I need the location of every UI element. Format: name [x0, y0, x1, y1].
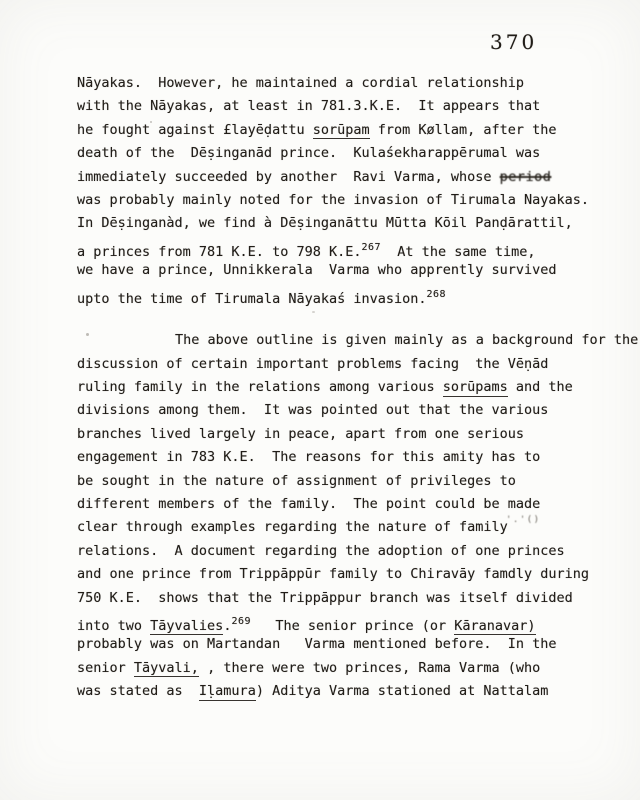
text-run: immediately succeeded by another Ravi Va…	[77, 169, 500, 185]
text-line: was probably mainly noted for the invasi…	[77, 189, 617, 212]
text-line: with the Nāyakas, at least in 781.3.K.E.…	[77, 95, 617, 118]
text-run: clear through examples regarding the nat…	[77, 519, 508, 535]
text-line: probably was on Martandan Varma mentione…	[77, 633, 617, 656]
text-run: senior	[77, 660, 134, 676]
text-line: be sought in the nature of assignment of…	[77, 470, 617, 493]
text-line: engagement in 783 K.E. The reasons for t…	[77, 446, 617, 469]
text-line: senior Tāyvali, , there were two princes…	[77, 657, 617, 680]
text-line: death of the Dēṣinganād prince. Kulaśekh…	[77, 142, 617, 165]
text-run: different members of the family. The poi…	[77, 496, 540, 512]
text-line: In Dēṣinganàd, we find à Dēṣinganāttu Mū…	[77, 212, 617, 235]
footnote-reference: 267	[361, 242, 381, 253]
text-run: we have a prince, Unnikkerala Varma who …	[77, 262, 557, 278]
text-run: period	[500, 169, 552, 185]
text-run: At the same time,	[381, 244, 535, 260]
text-run: was stated as	[77, 683, 199, 699]
text-line: divisions among them. It was pointed out…	[77, 399, 617, 422]
text-run: , there were two princes, Rama Varma (wh…	[199, 660, 540, 676]
text-run: be sought in the nature of assignment of…	[77, 473, 516, 489]
text-run: engagement in 783 K.E. The reasons for t…	[77, 449, 540, 465]
underlined-term: sorūpam	[313, 122, 370, 140]
text-line: immediately succeeded by another Ravi Va…	[77, 166, 617, 189]
text-run: and one prince from Trippāppūr family to…	[77, 566, 589, 582]
text-run: In Dēṣinganàd, we find à Dēṣinganāttu Mū…	[77, 215, 573, 231]
text-run: with the Nāyakas, at least in 781.3.K.E.…	[77, 98, 540, 114]
text-line: was stated as Iḷamura) Aditya Varma stat…	[77, 680, 617, 703]
text-block: Nāyakas. However, he maintained a cordia…	[77, 72, 617, 704]
footnote-reference: 268	[427, 289, 447, 300]
paragraph-1: Nāyakas. However, he maintained a cordia…	[77, 72, 617, 306]
text-run: he fought against £layēḍattu	[77, 122, 313, 138]
text-run: into two	[77, 618, 150, 634]
text-run: death of the Dēṣinganād prince. Kulaśekh…	[77, 145, 540, 161]
text-line: branches lived largely in peace, apart f…	[77, 423, 617, 446]
text-run: upto the time of Tirumala Nāyakaś invasi…	[77, 291, 427, 307]
text-run: ) Aditya Varma stationed at Nattalam	[256, 683, 549, 699]
document-page: 370 Nāyakas. However, he maintained a co…	[0, 0, 640, 800]
text-line: different members of the family. The poi…	[77, 493, 617, 516]
text-line: Nāyakas. However, he maintained a cordia…	[77, 72, 617, 95]
text-run: branches lived largely in peace, apart f…	[77, 426, 524, 442]
ink-speck	[86, 333, 89, 336]
text-run: and the	[508, 379, 573, 395]
text-line: The above outline is given mainly as a b…	[77, 329, 617, 352]
text-run: a princes from 781 K.E. to 798 K.E.	[77, 244, 361, 260]
text-run: divisions among them. It was pointed out…	[77, 402, 548, 418]
text-run: The above outline is given mainly as a b…	[175, 332, 638, 348]
page-number: 370	[490, 30, 537, 54]
text-run: ruling family in the relations among var…	[77, 379, 443, 395]
text-run: relations. A document regarding the adop…	[77, 543, 565, 559]
text-line: upto the time of Tirumala Nāyakaś invasi…	[77, 283, 617, 306]
text-line: into two Tāyvalies.269 The senior prince…	[77, 610, 617, 633]
text-run: discussion of certain important problems…	[77, 356, 548, 372]
text-line: discussion of certain important problems…	[77, 353, 617, 376]
footnote-reference: 269	[231, 616, 251, 627]
text-line: ruling family in the relations among var…	[77, 376, 617, 399]
text-line: relations. A document regarding the adop…	[77, 540, 617, 563]
text-run: 750 K.E. shows that the Trippāppur branc…	[77, 590, 573, 606]
underlined-term: sorūpams	[443, 379, 508, 397]
text-line: 750 K.E. shows that the Trippāppur branc…	[77, 587, 617, 610]
underlined-term: Tāyvali,	[134, 660, 199, 678]
text-line: and one prince from Trippāppūr family to…	[77, 563, 617, 586]
text-run: probably was on Martandan Varma mentione…	[77, 636, 557, 652]
text-line: a princes from 781 K.E. to 798 K.E.267 A…	[77, 236, 617, 259]
text-run: was probably mainly noted for the invasi…	[77, 192, 589, 208]
text-run: Nāyakas. However, he maintained a cordia…	[77, 75, 524, 91]
ink-smudge-artifact: '.'()	[506, 515, 541, 525]
underlined-term: Iḷamura	[199, 683, 256, 701]
ink-speck	[312, 311, 315, 313]
text-line: he fought against £layēḍattu sorūpam fro…	[77, 119, 617, 142]
text-run: from Køllam, after the	[370, 122, 557, 138]
text-run: The senior prince (or	[251, 618, 454, 634]
ink-speck	[150, 121, 152, 123]
text-line: we have a prince, Unnikkerala Varma who …	[77, 259, 617, 282]
